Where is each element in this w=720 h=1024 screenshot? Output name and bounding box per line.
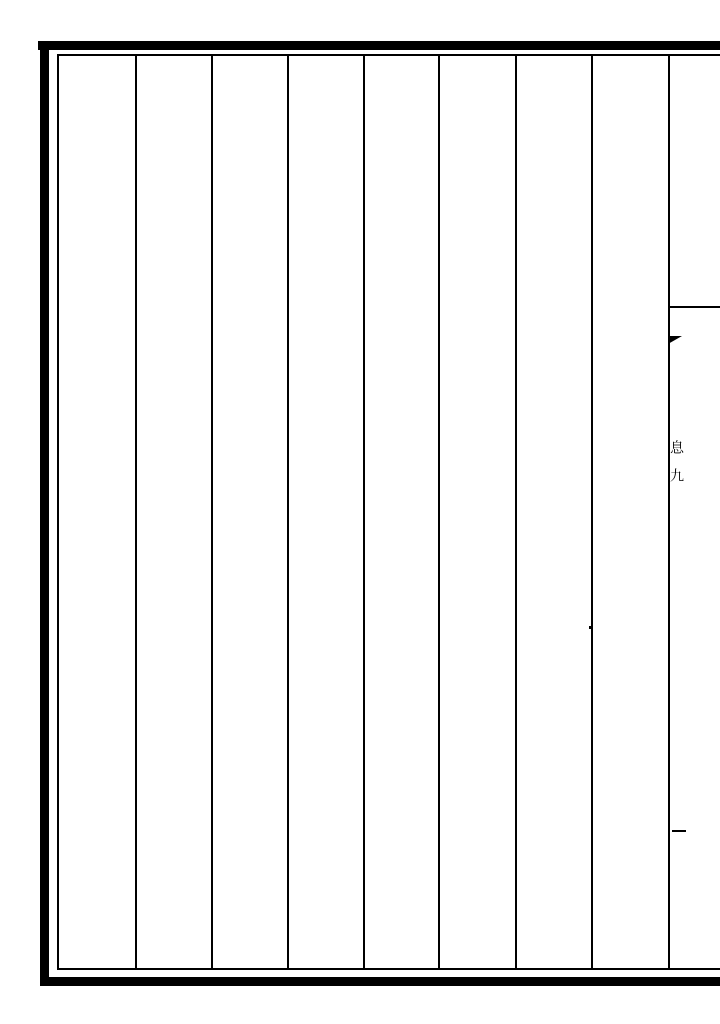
column-rule [211,55,213,969]
column-rule [57,55,59,969]
fishtail-mark-icon [668,336,682,344]
banxin-char-2: 九 [668,468,684,482]
column-rule [438,55,440,969]
column-rule [668,55,670,969]
inner-border-bottom [57,968,720,970]
ink-speck [589,626,593,629]
outer-border-left [40,41,49,986]
inner-border-top [57,54,720,56]
column-rule [591,55,593,969]
outer-border-top [38,41,720,50]
column-rule [287,55,289,969]
outer-border-bottom [44,977,720,986]
column-rule [363,55,365,969]
column-rule [135,55,137,969]
banxin-char-1: 息 [668,440,684,454]
column-rule [515,55,517,969]
banxin-tick-mark [672,830,686,832]
banxin-title-box-rule [668,306,720,308]
